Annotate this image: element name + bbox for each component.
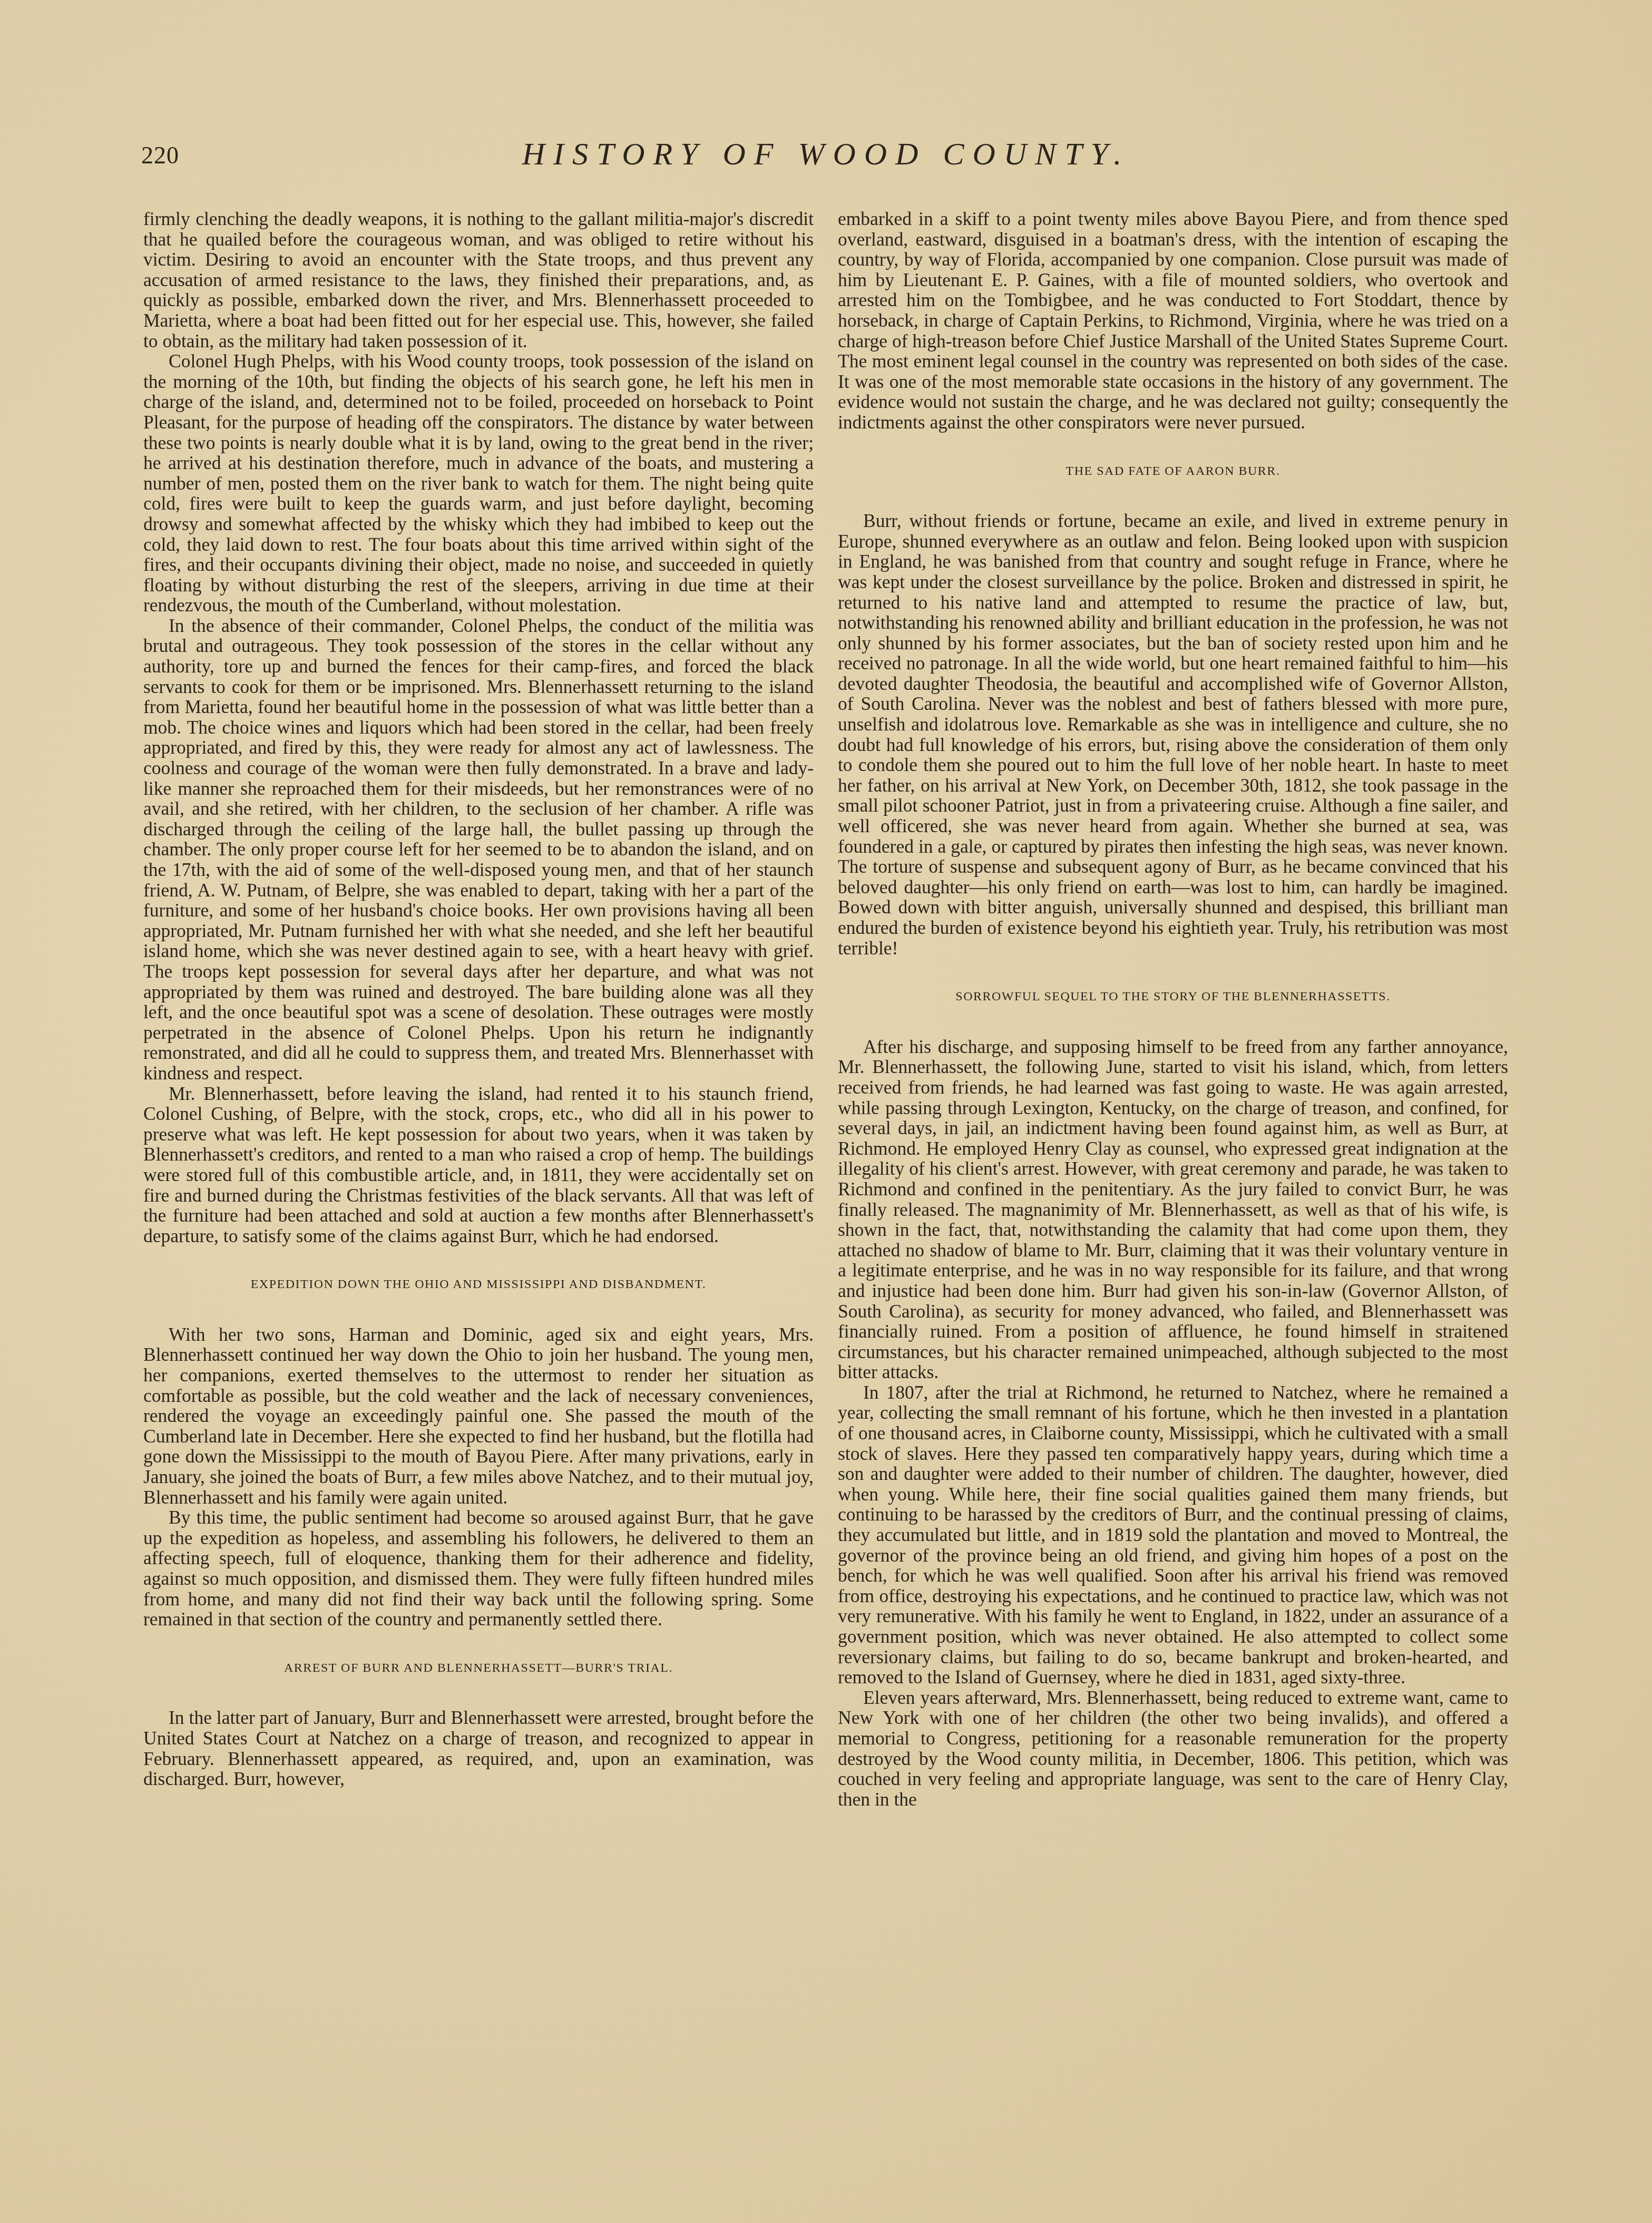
paragraph: Eleven years afterward, Mrs. Blennerhass… <box>838 1688 1508 1810</box>
right-column: embarked in a skiff to a point twenty mi… <box>838 209 1508 1809</box>
paragraph: firmly clenching the deadly weapons, it … <box>143 209 814 351</box>
section-heading: SORROWFUL SEQUEL TO THE STORY OF THE BLE… <box>838 987 1508 1007</box>
paragraph: In the latter part of January, Burr and … <box>143 1708 814 1789</box>
paragraph: Burr, without friends or fortune, became… <box>838 511 1508 958</box>
paragraph: In 1807, after the trial at Richmond, he… <box>838 1382 1508 1688</box>
left-column: firmly clenching the deadly weapons, it … <box>143 209 814 1789</box>
paragraph: After his discharge, and supposing himse… <box>838 1037 1508 1382</box>
paragraph: Mr. Blennerhassett, before leaving the i… <box>143 1084 814 1246</box>
section-heading: THE SAD FATE OF AARON BURR. <box>838 461 1508 482</box>
section-heading: ARREST OF BURR AND BLENNERHASSETT—BURR'S… <box>143 1658 814 1679</box>
paragraph: In the absence of their commander, Colon… <box>143 616 814 1084</box>
paragraph: Colonel Hugh Phelps, with his Wood count… <box>143 351 814 616</box>
section-heading: EXPEDITION DOWN THE OHIO AND MISSISSIPPI… <box>143 1274 814 1295</box>
paragraph: embarked in a skiff to a point twenty mi… <box>838 209 1508 433</box>
paragraph: With her two sons, Harman and Dominic, a… <box>143 1324 814 1507</box>
paragraph: By this time, the public sentiment had b… <box>143 1507 814 1630</box>
running-title: HISTORY OF WOOD COUNTY. <box>0 136 1652 172</box>
